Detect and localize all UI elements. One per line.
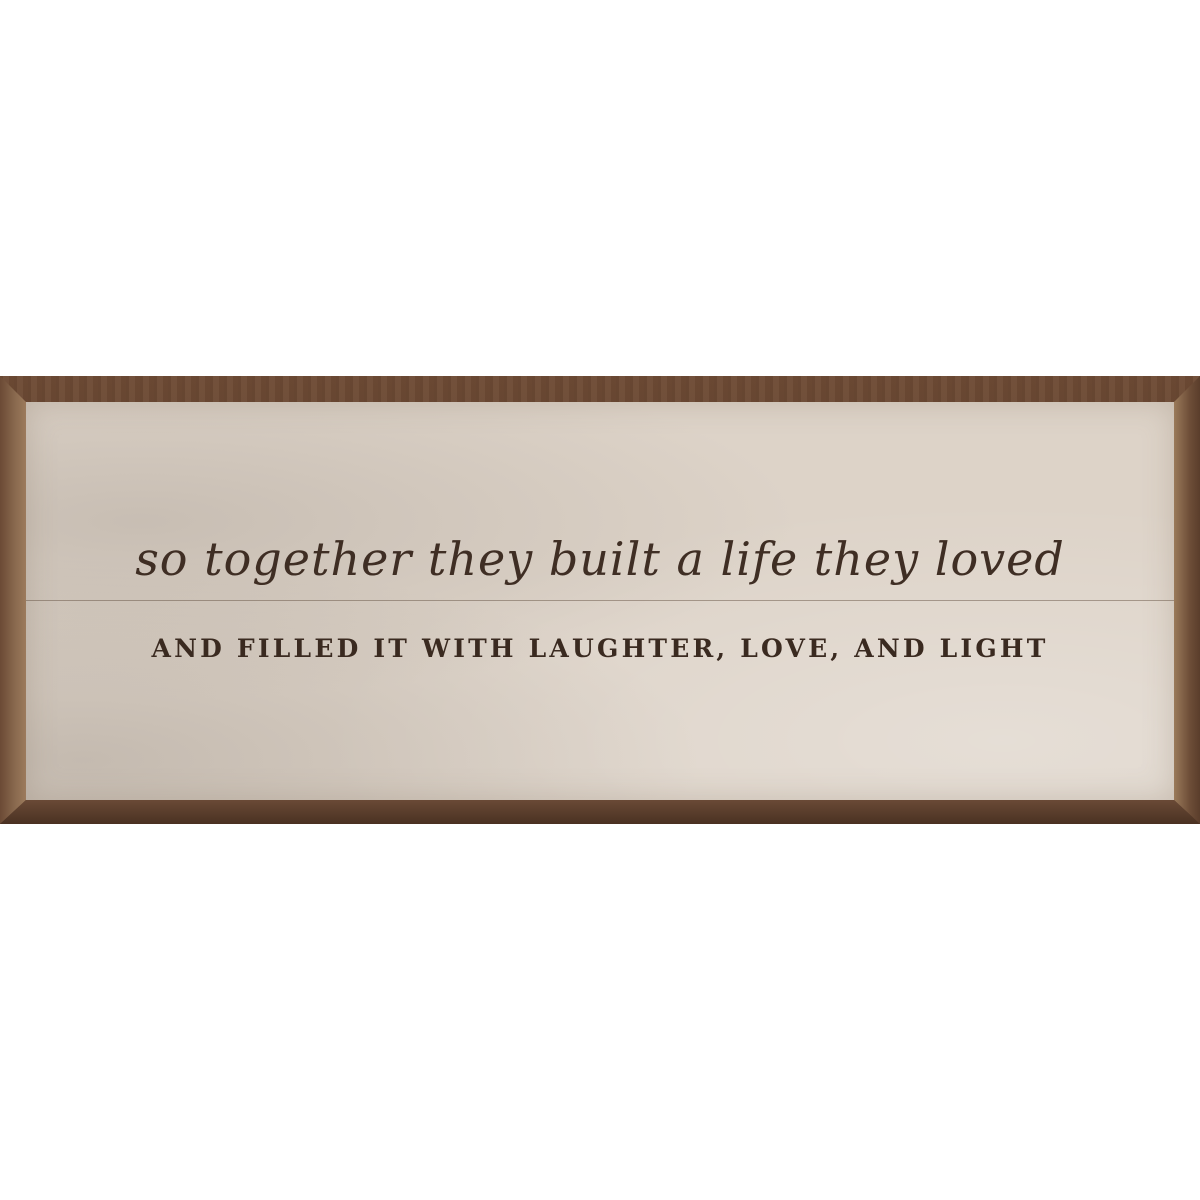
frame-right-edge bbox=[1174, 376, 1200, 824]
frame-bottom-edge bbox=[0, 800, 1200, 824]
frame-left-edge bbox=[0, 376, 26, 824]
sign-canvas: so together they built a life they loved… bbox=[26, 402, 1174, 800]
wood-frame: so together they built a life they loved… bbox=[0, 376, 1200, 824]
caps-quote: AND FILLED IT WITH LAUGHTER, LOVE, AND L… bbox=[26, 634, 1174, 663]
script-quote: so together they built a life they loved bbox=[26, 532, 1174, 586]
baseline-rule bbox=[26, 600, 1174, 601]
